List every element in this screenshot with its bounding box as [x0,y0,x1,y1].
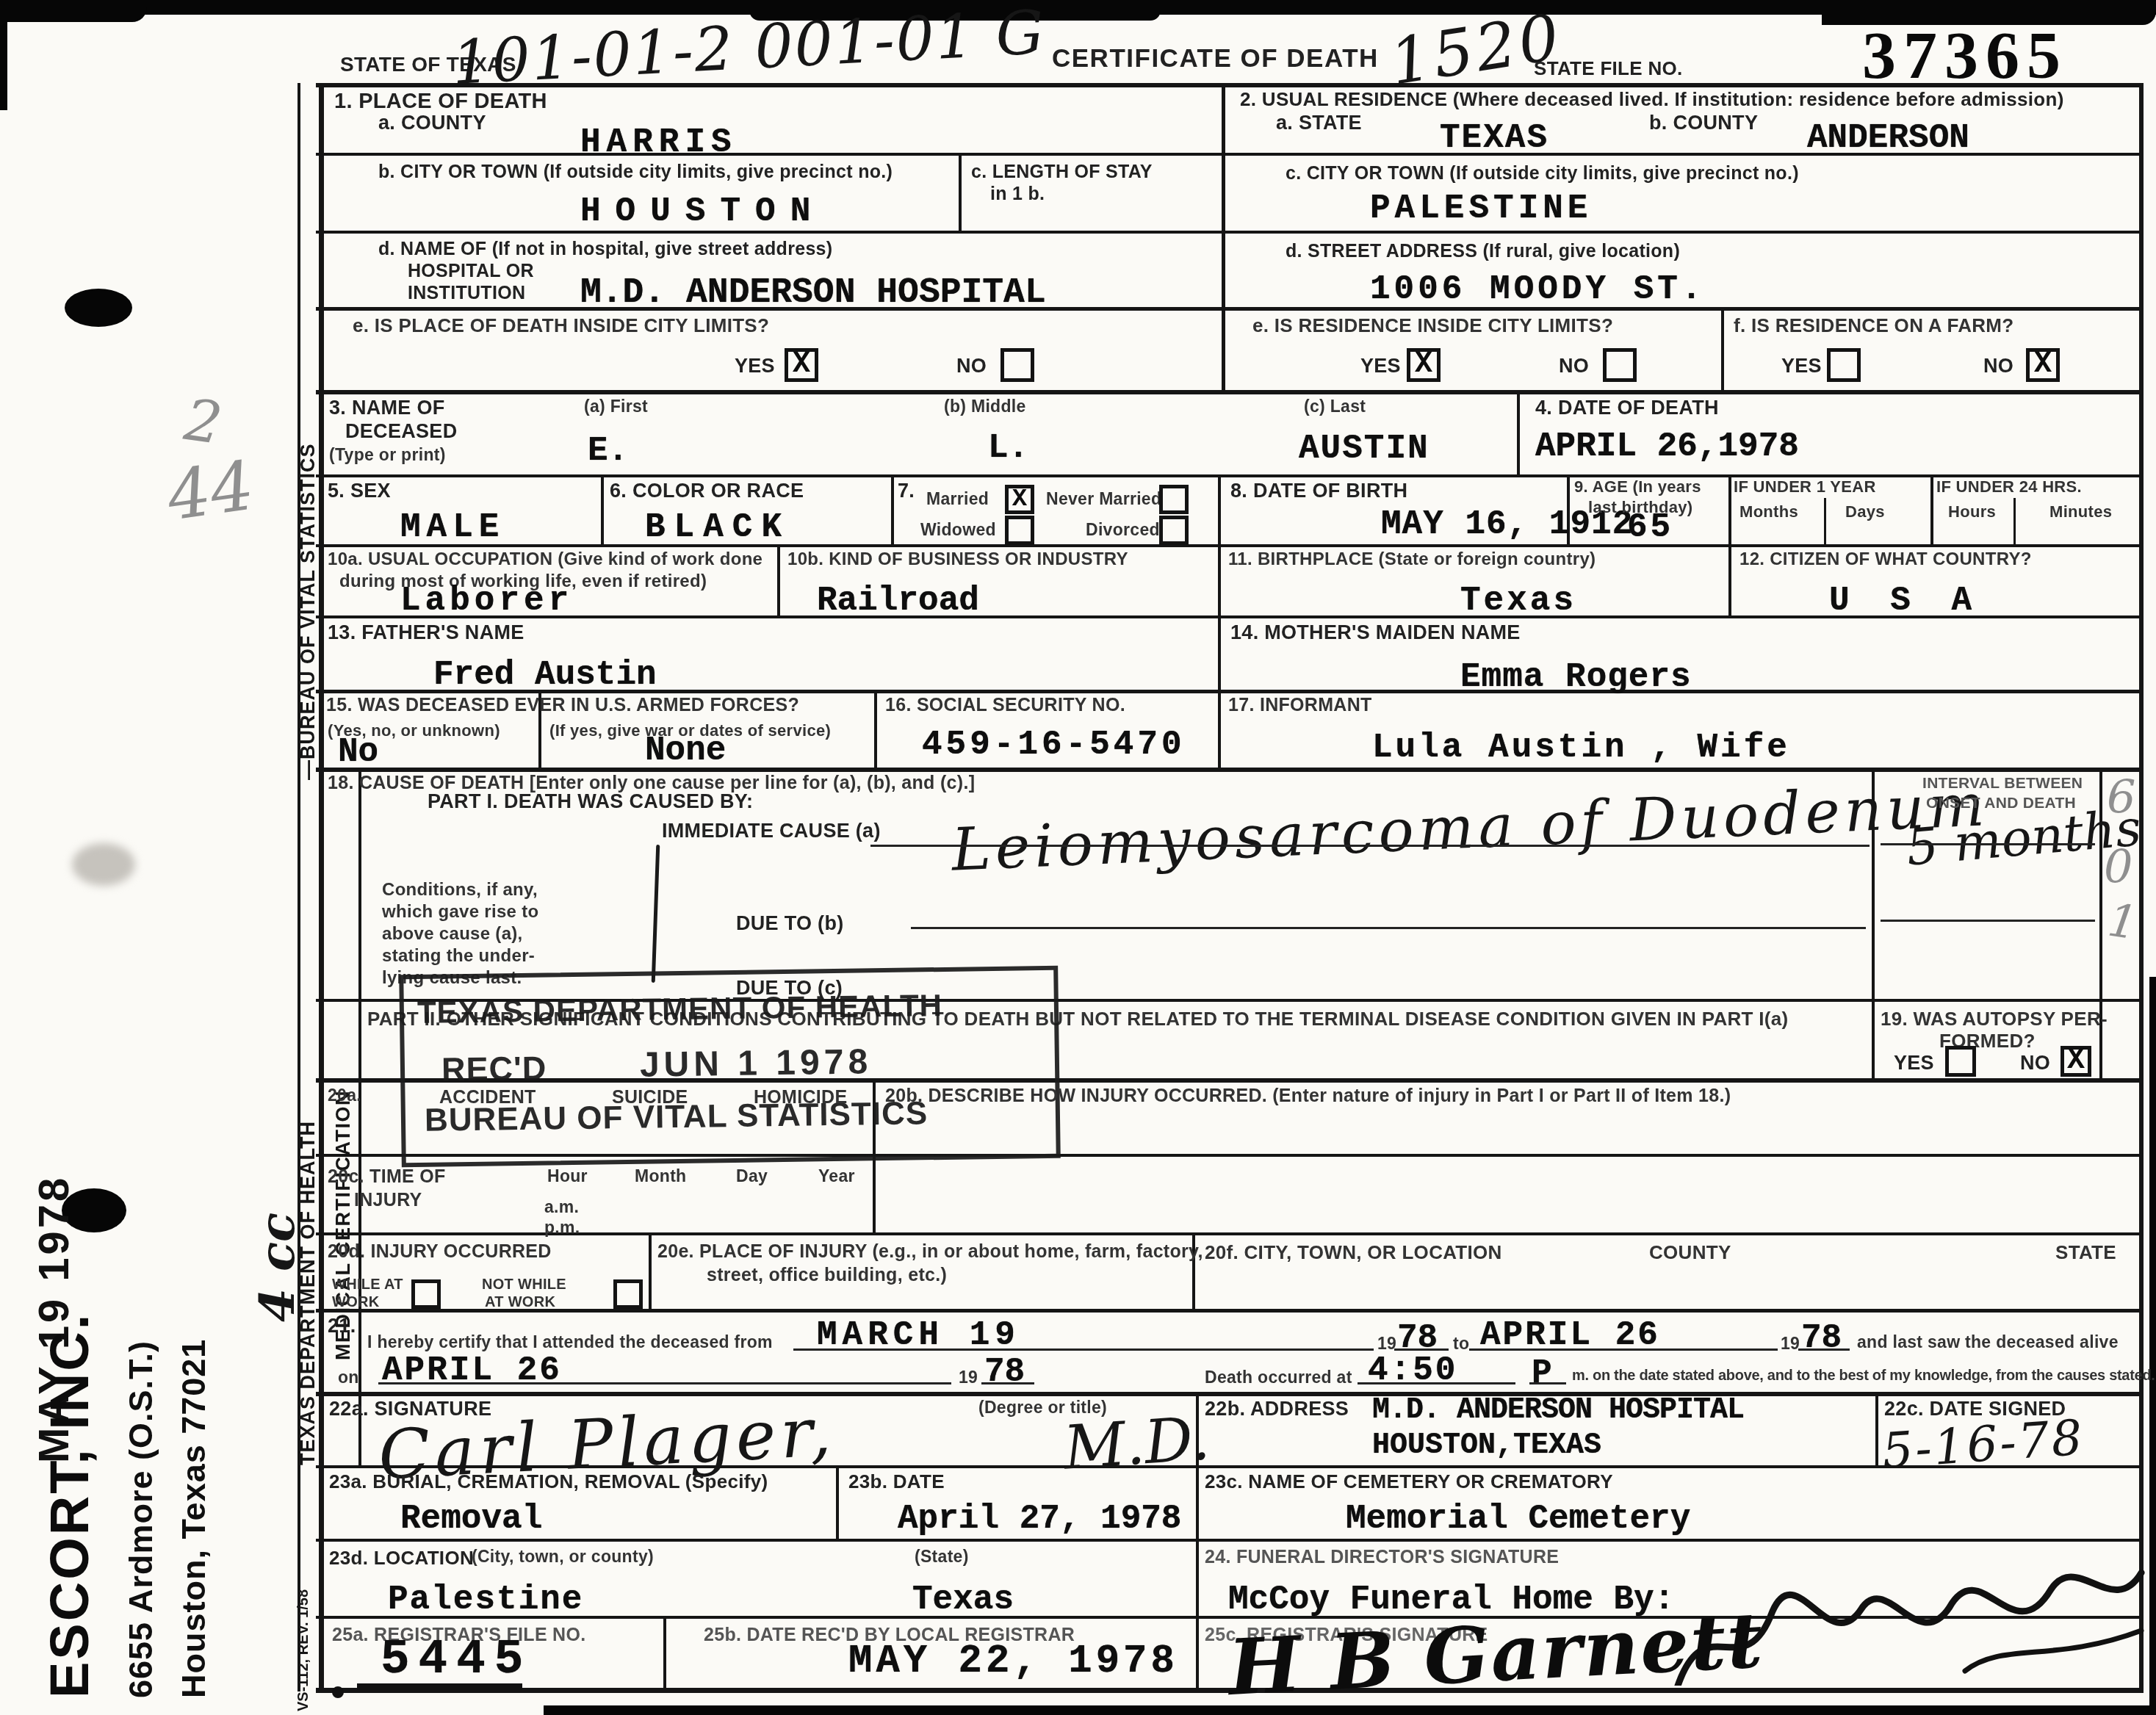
burial-city-value: Palestine [388,1581,583,1619]
never-married-checkbox [1159,485,1189,514]
autopsy-no-label: NO [2020,1052,2050,1075]
middle-name-value: L. [988,429,1028,467]
never-married-label: Never Married [1046,489,1161,509]
armed-forces-value: No [338,733,378,771]
stamp-line1: TEXAS DEPARTMENT OF HEALTH [417,988,943,1030]
part1-label: PART I. DEATH WAS CAUSED BY: [428,790,753,813]
place-inside-city-label: e. IS PLACE OF DEATH INSIDE CITY LIMITS? [353,314,769,337]
injury-city-label: 20f. CITY, TOWN, OR LOCATION [1205,1241,1502,1264]
physician-address2: HOUSTON,TEXAS [1372,1429,1601,1462]
residence-county-label: b. COUNTY [1649,112,1758,134]
married-label: Married [926,489,989,509]
date-of-death-value: APRIL 26,1978 [1535,427,1799,466]
scan-bottom-edge [544,1705,2156,1715]
industry-value: Railroad [817,582,979,620]
on-word: on [338,1368,359,1387]
injury-county-label: COUNTY [1649,1241,1731,1264]
place-of-injury-label2: street, office building, etc.) [707,1265,947,1286]
autopsy-label1: 19. WAS AUTOPSY PER- [1881,1008,2108,1030]
time-of-injury-label2: INJURY [354,1190,422,1211]
certify-text1: I hereby certify that I attended the dec… [367,1332,773,1352]
age-value: 65 [1627,508,1673,546]
length-of-stay-label2: in 1 b. [990,184,1045,205]
length-of-stay-label: c. LENGTH OF STAY [971,162,1153,183]
while-at-work-checkbox [411,1279,441,1309]
occupation-label: 10a. USUAL OCCUPATION (Give kind of work… [328,549,762,570]
not-while-at-work-label1: NOT WHILE [482,1277,566,1293]
divorced-label: Divorced [1086,520,1160,540]
certify-text2: and last saw the deceased alive [1857,1332,2119,1352]
residence-yes-mark: X [1415,350,1432,380]
citizen-label: 12. CITIZEN OF WHAT COUNTRY? [1739,549,2032,570]
describe-injury-label: 20b. DESCRIBE HOW INJURY OCCURRED. (Ente… [885,1086,1731,1107]
interval-header1: INTERVAL BETWEEN [1922,775,2083,792]
industry-label: 10b. KIND OF BUSINESS OR INDUSTRY [787,549,1128,570]
year19-b: 19 [1781,1334,1800,1354]
escort-company-stamp: ESCORT, INC. [38,1313,101,1698]
armed-forces-value2: None [645,732,726,770]
place-of-death-title: 1. PLACE OF DEATH [334,90,547,114]
conditions-note3: above cause (a), [382,924,523,945]
residence-farm-label: f. IS RESIDENCE ON A FARM? [1734,314,2013,337]
city-or-town-label: b. CITY OR TOWN (If outside city limits,… [378,162,893,183]
sex-label: 5. SEX [328,480,391,502]
street-address-label: d. STREET ADDRESS (If rural, give locati… [1286,241,1680,262]
date-of-birth-label: 8. DATE OF BIRTH [1230,480,1407,502]
type-or-print-label: (Type or print) [329,445,446,465]
farm-no-label: NO [1983,355,2013,378]
name-of-deceased-label2: DECEASED [345,420,457,443]
first-name-value: E. [588,432,628,470]
last-seen-year: 78 [984,1353,1025,1391]
immediate-cause-label: IMMEDIATE CAUSE (a) [662,820,881,842]
hours-label: Hours [1948,502,1996,521]
state-file-no-label: STATE FILE NO. [1534,57,1683,80]
physician-degree: M.D. [1061,1404,1212,1484]
ssn-label: 16. SOCIAL SECURITY NO. [885,695,1125,716]
place-of-injury-label1: 20e. PLACE OF INJURY (e.g., in or about … [657,1241,1203,1263]
physician-address-label: 22b. ADDRESS [1205,1398,1349,1420]
birthplace-label: 11. BIRTHPLACE (State or foreign country… [1228,549,1596,570]
residence-state-value: TEXAS [1440,119,1549,157]
death-ampm-value: P [1532,1354,1552,1393]
farm-yes-checkbox [1827,348,1861,382]
marital-section-label: 7. [898,480,915,502]
usual-residence-title: 2. USUAL RESIDENCE (Where deceased lived… [1240,88,2064,111]
pencil-1-note: 1 [2105,893,2141,950]
hospital-name-label3: INSTITUTION [408,283,525,304]
stamp-date: JUN 1 1978 [640,1041,873,1085]
cemetery-label: 23c. NAME OF CEMETERY OR CREMATORY [1205,1470,1613,1493]
date-of-death-label: 4. DATE OF DEATH [1535,397,1719,419]
conditions-note1: Conditions, if any, [382,880,538,900]
days-label: Days [1845,502,1885,521]
autopsy-yes-checkbox [1945,1046,1976,1077]
place-no-checkbox [1001,348,1034,382]
certify-section-num: 21. [328,1315,356,1337]
race-value: BLACK [645,508,790,546]
armed-forces-label: 15. WAS DECEASED EVER IN U.S. ARMED FORC… [326,695,799,716]
physician-address1: M.D. ANDERSON HOSPITAL [1372,1394,1744,1427]
hospital-name-label: d. NAME OF (If not in hospital, give str… [378,239,832,260]
homicide-label: HOMICIDE [754,1087,847,1108]
escort-address1-stamp: 6655 Ardmore (O.S.T.) [122,1340,160,1698]
time-of-injury-label1: 20c. TIME OF [328,1166,446,1188]
residence-no-checkbox [1603,348,1637,382]
to-word: to [1453,1334,1469,1354]
mother-name-label: 14. MOTHER'S MAIDEN NAME [1230,621,1521,644]
certify-text3: m. on the date stated above, and to the … [1572,1368,2155,1384]
conditions-note2: which gave rise to [382,902,538,923]
autopsy-no-mark: X [2067,1047,2085,1076]
death-certificate-scan: —BUREAU OF VITAL STATISTICS TEXAS DEPART… [0,0,2156,1715]
am-label: a.m. [544,1197,579,1217]
certificate-title: CERTIFICATE OF DEATH [1052,44,1379,73]
death-occurred-at-label: Death occurred at [1205,1368,1352,1387]
funeral-director-label: 24. FUNERAL DIRECTOR'S SIGNATURE [1205,1547,1559,1568]
residence-state-label: a. STATE [1276,112,1362,134]
burial-value: Removal [400,1500,542,1538]
pencil-2-note: 2 [181,387,226,458]
cause-a-handwritten: Leiomyosarcoma of Duodenum [951,770,1991,884]
hour-label: Hour [547,1166,588,1186]
last-name-value: AUSTIN [1299,430,1429,468]
father-name-value: Fred Austin [433,656,657,694]
conditions-note4: stating the under- [382,946,535,967]
informant-value: Lula Austin , Wife [1372,729,1790,767]
scan-left-edge [0,0,7,110]
suicide-label: SUICIDE [612,1087,688,1108]
residence-city-value: PALESTINE [1370,189,1592,228]
texas-health-received-stamp: TEXAS DEPARTMENT OF HEALTH REC'D JUN 1 1… [399,966,1061,1167]
ssn-value: 459-16-5470 [922,726,1186,764]
occupation-value: Laborer [400,582,573,620]
burial-location-label: 23d. LOCATION [329,1547,474,1570]
while-at-work-label2: WORK [332,1294,380,1311]
residence-county-value: ANDERSON [1807,119,1969,157]
accident-section-num: 20a. [328,1086,361,1105]
escort-address2-stamp: Houston, Texas 77021 [175,1339,213,1698]
residence-yes-checkbox: X [1407,348,1441,382]
place-yes-label: YES [735,355,775,378]
divorced-checkbox [1159,516,1189,545]
conditions-brace [652,845,660,983]
months-label: Months [1739,502,1798,521]
accident-label: ACCIDENT [439,1087,536,1108]
scan-top-blob-left [0,0,147,22]
injury-occurred-label: 20d. INJURY OCCURRED [328,1241,552,1263]
residence-yes-label: YES [1360,355,1401,378]
registrar-file-no-value: 5445 [381,1632,532,1687]
hospital-name-value: M.D. ANDERSON HOSPITAL [580,273,1046,313]
farm-no-mark: X [2034,350,2052,380]
burial-date-value: April 27, 1978 [898,1500,1181,1538]
pencil-check-dash [357,1683,522,1690]
place-yes-mark: X [793,350,810,380]
stamp-recd: REC'D [441,1049,547,1088]
widowed-label: Widowed [920,520,996,540]
attended-to-year: 78 [1801,1319,1842,1357]
burial-state-value: Texas [912,1581,1014,1619]
mother-name-value: Emma Rogers [1460,658,1692,696]
residence-inside-city-label: e. IS RESIDENCE INSIDE CITY LIMITS? [1252,314,1613,337]
place-yes-checkbox: X [785,348,818,382]
autopsy-no-checkbox: X [2061,1046,2091,1077]
day-label: Day [736,1166,768,1186]
cemetery-value: Memorial Cemetery [1346,1500,1690,1538]
if-under-24-hrs-label: IF UNDER 24 HRS. [1936,477,2082,497]
injury-state-label: STATE [2055,1241,2116,1264]
hospital-name-label2: HOSPITAL OR [408,261,534,282]
place-no-label: NO [956,355,987,378]
middle-name-label: (b) Middle [944,397,1026,416]
minutes-label: Minutes [2049,502,2112,521]
burial-state-label: (State) [915,1547,969,1567]
street-address-value: 1006 MOODY ST. [1370,270,1705,308]
farm-no-checkbox: X [2026,348,2060,382]
year19-c: 19 [959,1368,978,1387]
city-or-town-value: HOUSTON [580,192,825,231]
farm-yes-label: YES [1781,355,1822,378]
punch-hole-top [65,289,132,327]
informant-label: 17. INFORMANT [1228,695,1372,716]
while-at-work-label1: WHILE AT [332,1277,403,1293]
not-while-at-work-label2: AT WORK [485,1294,555,1311]
last-name-label: (c) Last [1304,397,1366,416]
married-mark: X [1012,487,1027,512]
punch-smudge [72,843,135,886]
pencil-44-note: 44 [162,446,259,535]
widowed-checkbox [1005,516,1034,545]
county-value: HARRIS [580,123,738,162]
due-to-b-label: DUE TO (b) [736,912,844,935]
burial-date-label: 23b. DATE [848,1470,945,1493]
burial-label: 23a. BURIAL, CREMATION, REMOVAL (Specify… [329,1470,768,1493]
citizen-value: U S A [1829,582,1982,620]
year-label: Year [818,1166,855,1186]
county-label: a. COUNTY [378,112,486,134]
autopsy-yes-label: YES [1894,1052,1934,1075]
race-label: 6. COLOR OR RACE [610,480,804,502]
father-name-label: 13. FATHER'S NAME [328,621,524,644]
pm-label: p.m. [544,1218,580,1238]
first-name-label: (a) First [584,397,648,416]
not-while-at-work-checkbox [613,1279,643,1309]
married-checkbox: X [1005,485,1034,514]
pencil-check-dot [332,1686,344,1698]
age-label: 9. AGE (In years [1574,477,1701,497]
burial-location-sub: (City, town, or county) [472,1547,654,1567]
residence-city-label: c. CITY OR TOWN (If outside city limits,… [1286,163,1799,184]
birthplace-value: Texas [1460,582,1576,620]
residence-no-label: NO [1559,355,1589,378]
month-label: Month [635,1166,686,1186]
if-under-1-year-label: IF UNDER 1 YEAR [1734,477,1876,497]
registrar-date-value: MAY 22, 1978 [848,1639,1178,1684]
sex-value: MALE [400,508,505,546]
name-of-deceased-label: 3. NAME OF [329,397,445,419]
